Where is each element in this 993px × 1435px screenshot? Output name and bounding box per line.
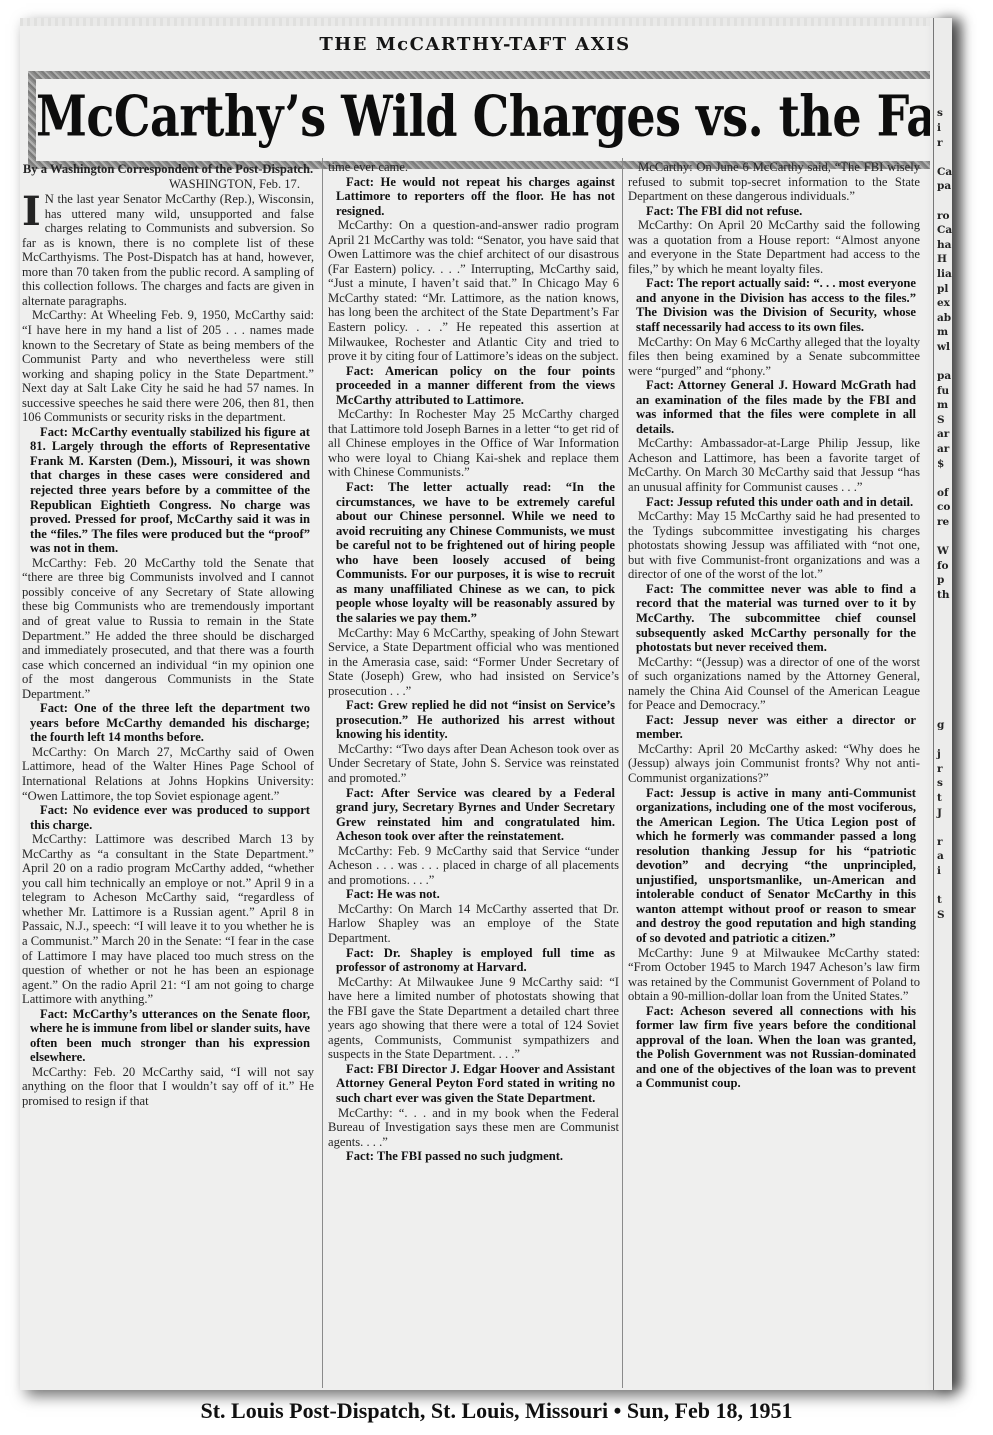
- fact-paragraph: Fact: He would not repeat his charges ag…: [328, 175, 619, 219]
- newspaper-clipping: THE McCARTHY-TAFT AXIS McCarthy’s Wild C…: [20, 18, 950, 1390]
- charge-paragraph: McCarthy: May 6 McCarthy, speaking of Jo…: [328, 626, 619, 699]
- charge-paragraph: McCarthy: Ambassador-at-Large Philip Jes…: [628, 436, 920, 494]
- charge-paragraph: McCarthy: June 9 at Milwaukee McCarthy s…: [628, 946, 920, 1004]
- drop-cap: I: [22, 194, 41, 230]
- charge-paragraph: McCarthy: Feb. 20 McCarthy said, “I will…: [22, 1065, 314, 1109]
- column-2-paragraphs: time ever came.Fact: He would not repeat…: [328, 160, 619, 1164]
- fact-paragraph: Fact: Grew replied he did not “insist on…: [328, 698, 619, 742]
- fact-paragraph: Fact: FBI Director J. Edgar Hoover and A…: [328, 1062, 619, 1106]
- column-rule: [622, 158, 623, 1388]
- fact-paragraph: Fact: The FBI passed no such judgment.: [328, 1149, 619, 1164]
- charge-paragraph: McCarthy: Feb. 20 McCarthy told the Sena…: [22, 556, 314, 701]
- charge-paragraph: McCarthy: April 20 McCarthy asked: “Why …: [628, 742, 920, 786]
- charge-paragraph: McCarthy: “Two days after Dean Acheson t…: [328, 742, 619, 786]
- adjacent-column-fragment: s i r Ca pa ro Ca ha H lia pl ex ab m wl…: [930, 18, 952, 1390]
- fact-paragraph: Fact: McCarthy’s utterances on the Senat…: [22, 1007, 314, 1065]
- fact-paragraph: Fact: One of the three left the departme…: [22, 701, 314, 745]
- fact-paragraph: Fact: The letter actually read: “In the …: [328, 480, 619, 625]
- charge-paragraph: McCarthy: On a question-and-answer radio…: [328, 218, 619, 363]
- dateline: WASHINGTON, Feb. 17.: [22, 177, 314, 192]
- column-1: By a Washington Correspondent of the Pos…: [22, 160, 314, 1109]
- fact-paragraph: Fact: American policy on the four points…: [328, 364, 619, 408]
- headline: McCarthy’s Wild Charges vs. the Fact: [36, 83, 934, 149]
- charge-paragraph: McCarthy: On June 6 McCarthy said, “The …: [628, 160, 920, 204]
- charge-paragraph: McCarthy: On May 6 McCarthy alleged that…: [628, 335, 920, 379]
- column-3: McCarthy: On June 6 McCarthy said, “The …: [628, 160, 920, 1091]
- intro-paragraph: IN the last year Senator McCarthy (Rep.)…: [22, 192, 314, 308]
- charge-paragraph: McCarthy: May 15 McCarthy said he had pr…: [628, 509, 920, 582]
- fact-paragraph: Fact: Dr. Shapley is employed full time …: [328, 946, 619, 975]
- fact-paragraph: Fact: The report actually said: “. . . m…: [628, 276, 920, 334]
- fact-paragraph: Fact: Jessup is active in many anti-Comm…: [628, 786, 920, 946]
- column-rule: [933, 18, 934, 1390]
- fact-paragraph: Fact: Acheson severed all connections wi…: [628, 1004, 920, 1091]
- headline-banner: McCarthy’s Wild Charges vs. the Fact: [28, 71, 942, 169]
- fact-paragraph: Fact: Jessup refuted this under oath and…: [628, 495, 920, 510]
- right-fragment-text-top: s i r Ca pa ro Ca ha H lia pl ex ab m wl…: [937, 48, 952, 603]
- charge-paragraph: McCarthy: Lattimore was described March …: [22, 832, 314, 1007]
- charge-paragraph: McCarthy: Feb. 9 McCarthy said that Serv…: [328, 844, 619, 888]
- charge-paragraph: McCarthy: On March 14 McCarthy asserted …: [328, 902, 619, 946]
- charge-paragraph: McCarthy: At Wheeling Feb. 9, 1950, McCa…: [22, 308, 314, 424]
- source-caption: St. Louis Post-Dispatch, St. Louis, Miss…: [0, 1398, 993, 1424]
- fact-paragraph: Fact: The FBI did not refuse.: [628, 204, 920, 219]
- charge-paragraph: McCarthy: In Rochester May 25 McCarthy c…: [328, 407, 619, 480]
- charge-paragraph: McCarthy: “. . . and in my book when the…: [328, 1106, 619, 1150]
- fact-paragraph: Fact: McCarthy eventually stabilized his…: [22, 425, 314, 556]
- column-rule: [322, 158, 323, 1388]
- charge-paragraph: McCarthy: “(Jessup) was a director of on…: [628, 655, 920, 713]
- column-2: time ever came.Fact: He would not repeat…: [328, 160, 619, 1164]
- fact-paragraph: Fact: No evidence ever was produced to s…: [22, 803, 314, 832]
- intro-text: N the last year Senator McCarthy (Rep.),…: [22, 192, 314, 308]
- charge-paragraph: McCarthy: On March 27, McCarthy said of …: [22, 745, 314, 803]
- continued-paragraph: time ever came.: [328, 160, 619, 175]
- charge-paragraph: McCarthy: At Milwaukee June 9 McCarthy s…: [328, 975, 619, 1062]
- fact-paragraph: Fact: He was not.: [328, 887, 619, 902]
- fact-paragraph: Fact: Attorney General J. Howard McGrath…: [628, 378, 920, 436]
- column-1-paragraphs: McCarthy: At Wheeling Feb. 9, 1950, McCa…: [22, 308, 314, 1108]
- fact-paragraph: Fact: Jessup never was either a director…: [628, 713, 920, 742]
- right-fragment-text-bottom: g j r s t J r a i t S: [937, 718, 945, 922]
- column-3-paragraphs: McCarthy: On June 6 McCarthy said, “The …: [628, 160, 920, 1091]
- top-edge-strip: [20, 18, 950, 26]
- fact-paragraph: Fact: The committee never was able to fi…: [628, 582, 920, 655]
- charge-paragraph: McCarthy: On April 20 McCarthy said the …: [628, 218, 920, 276]
- fact-paragraph: Fact: After Service was cleared by a Fed…: [328, 786, 619, 844]
- byline: By a Washington Correspondent of the Pos…: [22, 162, 314, 177]
- kicker-heading: THE McCARTHY-TAFT AXIS: [20, 34, 930, 55]
